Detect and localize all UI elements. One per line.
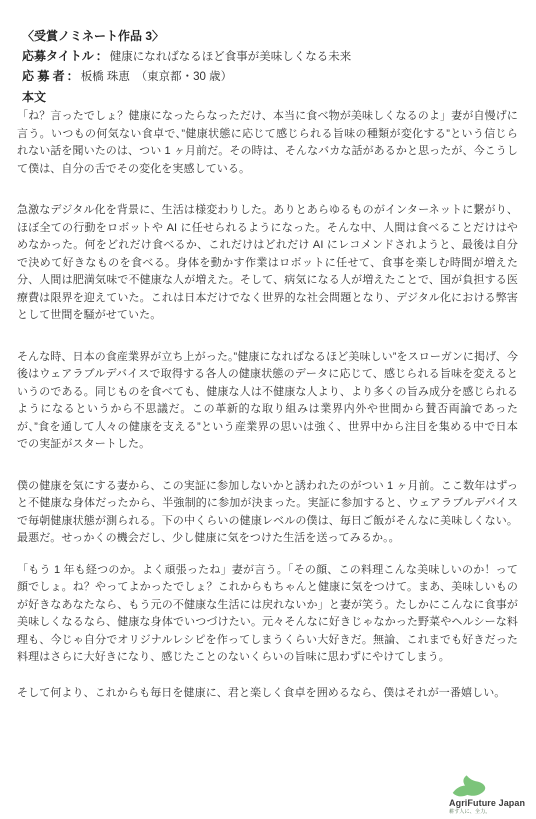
essay-paragraph-3: そんな時、日本の食産業界が立ち上がった。”健康になればなるほど美味しい”をスロー…	[17, 349, 518, 454]
essay-paragraph-4: 僕の健康を気にする妻から、この実証に参加しないかと誘われたのがつい 1 ヶ月前。…	[17, 478, 518, 548]
entry-title-separator: ：	[94, 49, 110, 63]
applicant-separator: ：	[65, 69, 81, 83]
logo-wordmark: AgriFuture Japan	[449, 798, 533, 809]
entry-title-line: 応募タイトル：健康になればなるほど食事が美味しくなる未来	[22, 47, 518, 68]
applicant-value: 板橋 珠恵 （東京都・30 歳）	[81, 71, 232, 83]
essay-paragraph-5: 「もう 1 年も経つのか。よく頑張ったね」妻が言う。「その顔、この料理こんな美味…	[17, 562, 518, 667]
document-header: 〈受賞ノミネート作品 3〉 応募タイトル：健康になればなるほど食事が美味しくなる…	[17, 27, 518, 107]
essay-paragraph-2: 急激なデジタル化を背景に、生活は様変わりした。ありとあらゆるものがインターネット…	[17, 202, 518, 325]
logo-tagline: 耕す人に、全力。	[449, 809, 533, 815]
applicant-label: 応 募 者	[22, 69, 65, 83]
essay-paragraph-6: そして何より、これからも毎日を健康に、君と楽しく食卓を囲めるなら、僕はそれが一番…	[17, 685, 518, 703]
applicant-line: 応 募 者：板橋 珠恵 （東京都・30 歳）	[22, 67, 518, 88]
nominee-heading: 〈受賞ノミネート作品 3〉	[22, 27, 518, 47]
entry-title-value: 健康になればなるほど食事が美味しくなる未来	[110, 51, 352, 63]
entry-title-label: 応募タイトル	[22, 49, 94, 63]
document-page: 〈受賞ノミネート作品 3〉 応募タイトル：健康になればなるほど食事が美味しくなる…	[0, 0, 536, 819]
agrifuture-logo: AgriFuture Japan 耕す人に、全力。	[449, 775, 533, 815]
essay-body: 「ね？言ったでしょ？健康になったらなっただけ、本当に食べ物が美味しくなるのよ」妻…	[17, 108, 518, 702]
body-heading: 本文	[22, 88, 518, 108]
essay-paragraph-1: 「ね？言ったでしょ？健康になったらなっただけ、本当に食べ物が美味しくなるのよ」妻…	[17, 108, 518, 178]
